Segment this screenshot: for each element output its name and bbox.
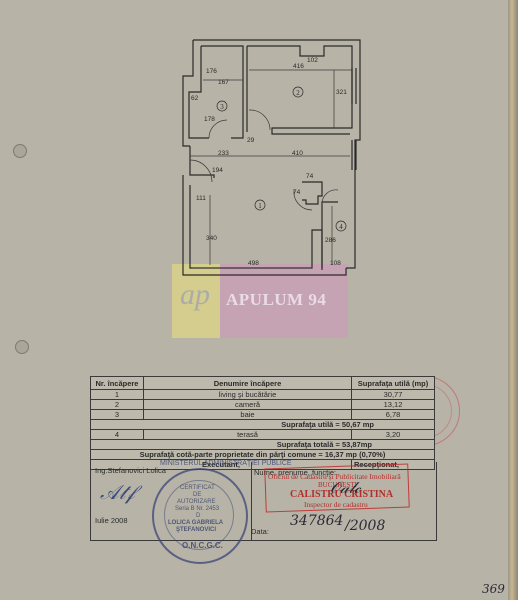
executant-signature: 𝒜𝓉𝒻 [100,480,135,504]
row-name: living şi bucătărie [144,390,352,400]
row-name: terasă [144,430,352,440]
stamp-line: ŞTEFANOVICI [176,527,216,533]
room-label-4: 4 [339,223,343,231]
row-name: cameră [144,400,352,410]
watermark-text: APULUM 94 [226,290,326,310]
stamp-line: DE [193,492,201,498]
useful-area-total: Suprafaţa utilă = 50,67 mp [91,420,435,430]
blue-stamp-ring: MINISTERUL ADMINISTRAŢIEI PUBLICE [160,460,292,467]
common-share: Suprafaţă cotă-parte proprietate din păr… [91,450,435,460]
grand-total: Suprafaţa totală = 53,87mp [91,440,435,450]
receptionat-signature: 𝒪𝒶𝓁𝒸 [330,478,361,498]
room-label-1: 1 [258,202,262,210]
dim-178: 178 [204,116,215,123]
room-label-2: 2 [296,89,300,97]
row-area: 3,20 [352,430,435,440]
table-row: 4 terasă 3,20 [91,430,435,440]
dim-233: 233 [218,150,229,157]
row-area: 13,12 [352,400,435,410]
row-name: baie [144,410,352,420]
red-stamp-line: Inspector de cadastru [304,500,368,509]
row-nr: 4 [91,430,144,440]
row-nr: 3 [91,410,144,420]
handwritten-number: 347864 [290,513,343,529]
stamp-line: AUTORIZARE [177,499,216,505]
dim-167: 167 [218,79,229,86]
row-nr: 2 [91,400,144,410]
table-row: 3 baie 6,78 [91,410,435,420]
dim-286: 286 [325,237,336,244]
dim-410: 410 [292,150,303,157]
table-row: 1 living şi bucătărie 30,77 [91,390,435,400]
dim-498: 498 [248,260,259,267]
page-number: 369 [482,582,505,596]
stamp-line: D [196,513,200,519]
executant-name: Ing.Stefanovici Lolica [95,466,166,475]
executant-date: Iulie 2008 [95,516,128,525]
blue-stamp-bottom: O.N.C.G.C. [182,541,223,550]
stamp-line: CERTIFICAT [180,485,215,491]
punch-hole-bottom [15,340,29,354]
header-area: Suprafaţa utilă (mp) [352,377,435,390]
stamp-line: LOLICA GABRIELA [168,520,223,526]
dim-29: 29 [247,137,255,144]
floor-plan: 102 416 176 167 321 62 178 29 233 410 19… [0,0,518,340]
room-label-3: 3 [220,103,224,111]
dim-74-a: 74 [306,173,314,180]
dim-321: 321 [336,89,347,96]
dim-62: 62 [191,95,199,102]
row-area: 30,77 [352,390,435,400]
handwritten-year: /2008 [345,518,385,534]
dim-111: 111 [196,195,206,202]
dim-108: 108 [330,260,341,267]
row-area: 6,78 [352,410,435,420]
dim-340: 340 [206,235,217,242]
dim-194: 194 [212,167,223,174]
table-row: 2 cameră 13,12 [91,400,435,410]
stamp-line: Seria B Nr. 2453 [175,506,219,512]
header-nr: Nr. încăpere [91,377,144,390]
dim-102: 102 [307,57,318,64]
dim-176: 176 [206,68,217,75]
dim-74-b: 74 [293,189,301,196]
receptionat-date-label: Data: [251,527,269,536]
dim-416: 416 [293,63,304,70]
watermark-logo-icon: ap [180,278,210,312]
rooms-table: Nr. încăpere Denumire încăpere Suprafaţa… [90,376,435,470]
row-nr: 1 [91,390,144,400]
header-name: Denumire încăpere [144,377,352,390]
